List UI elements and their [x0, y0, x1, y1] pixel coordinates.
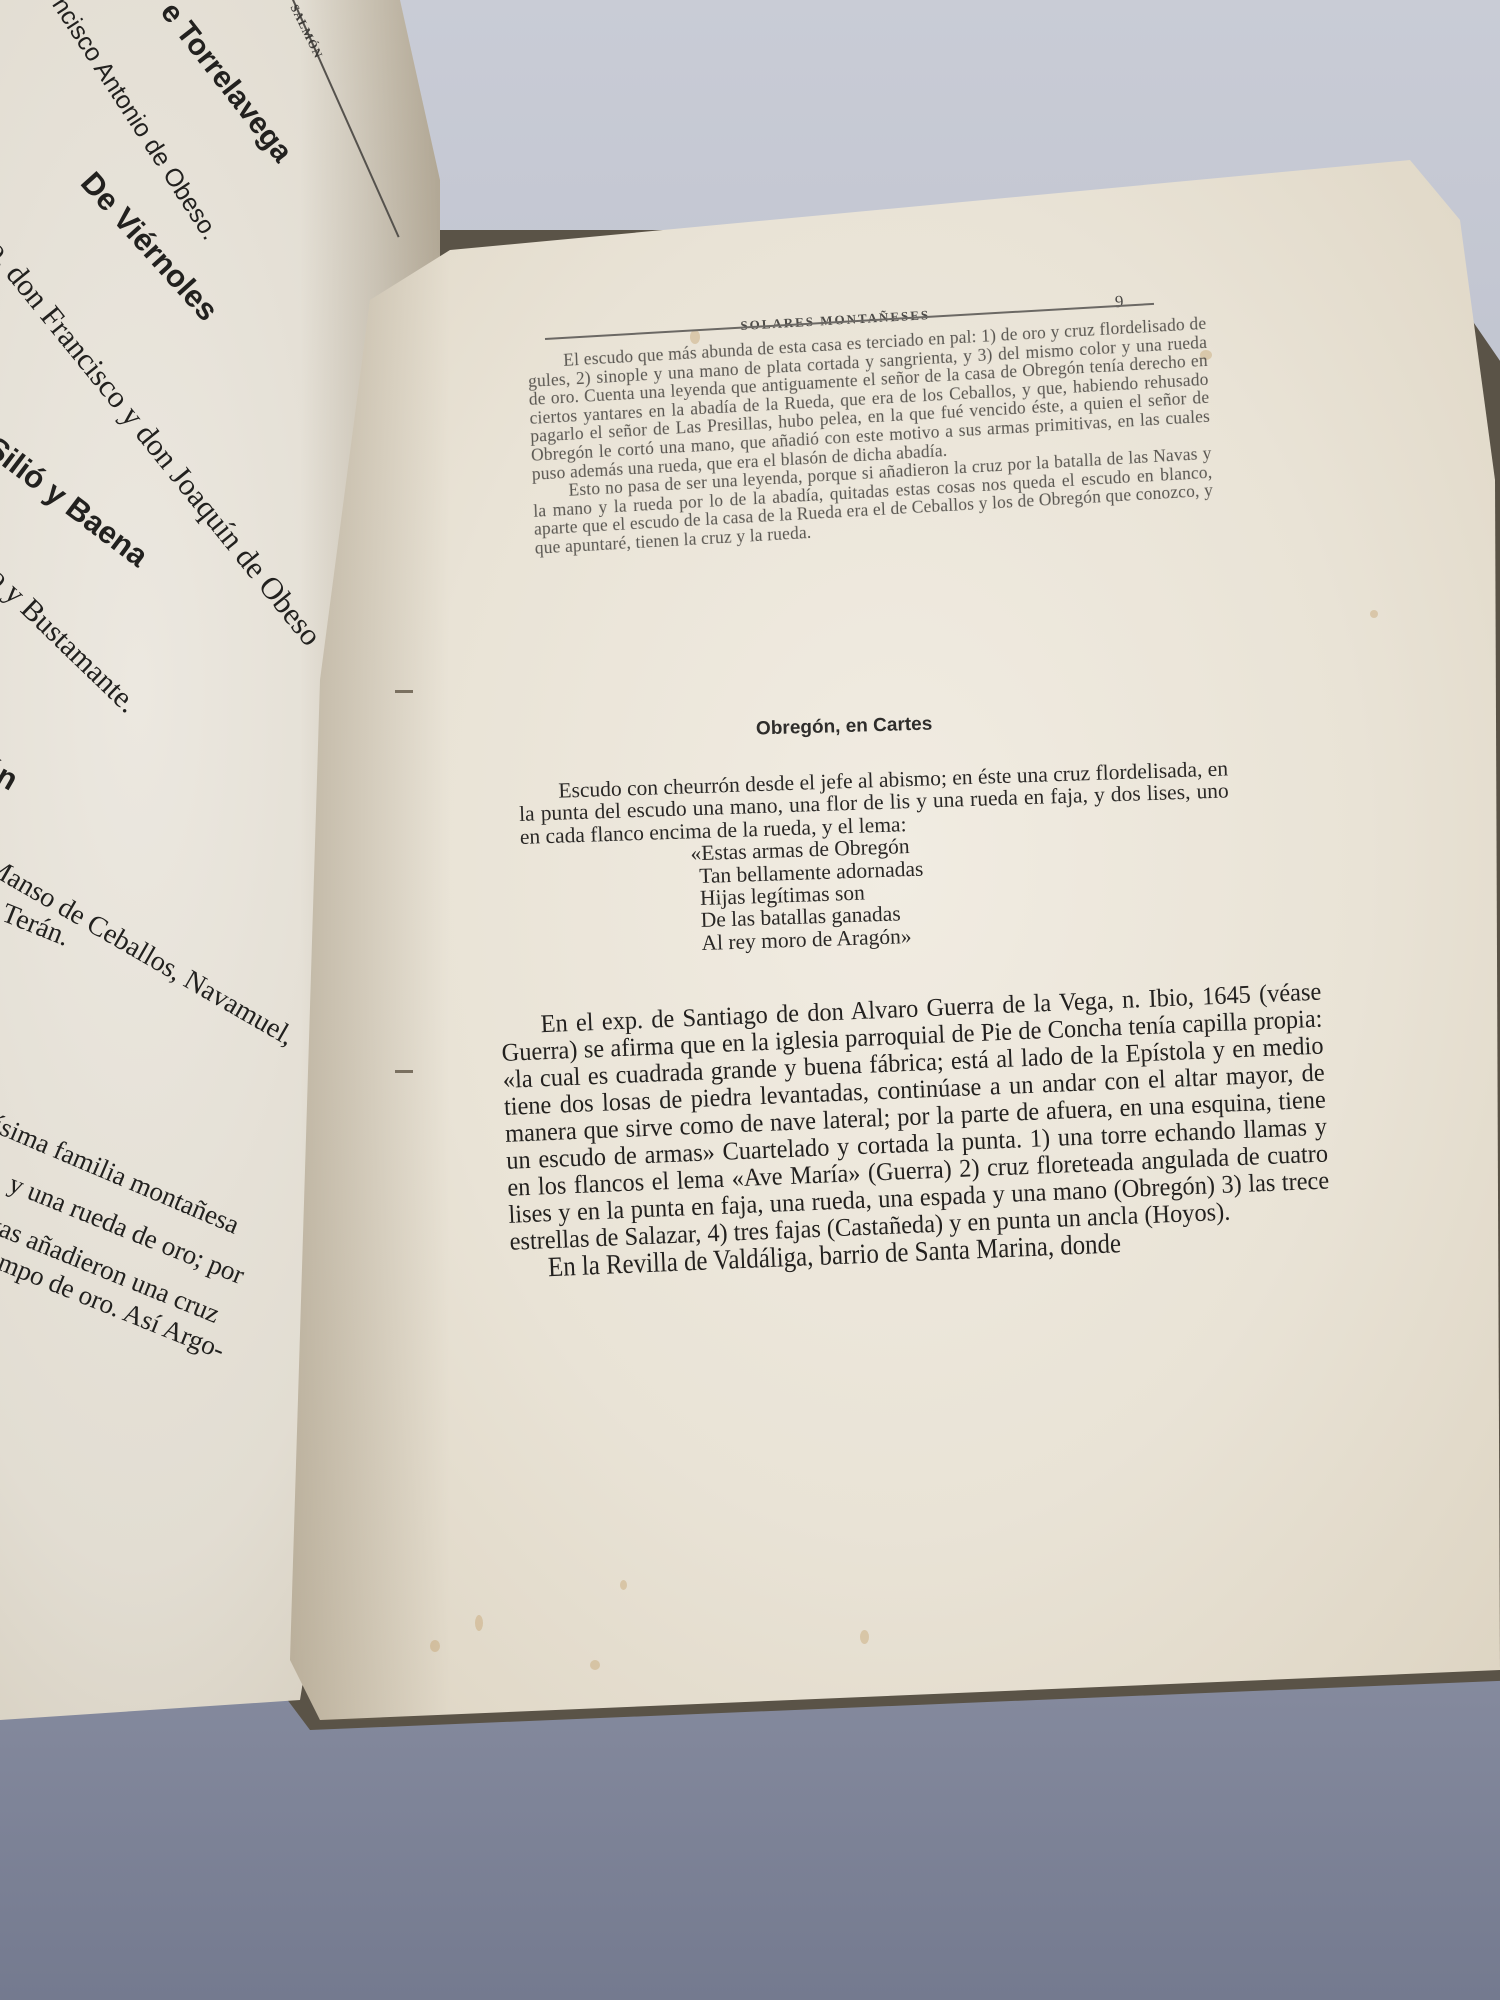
page-number: 9 [1114, 292, 1124, 312]
faded-text-block: El escudo que más abunda de esta casa es… [527, 314, 1214, 558]
main-text-block: Escudo con cheurrón desde el jefe al abi… [518, 757, 1234, 960]
foxing-stain [430, 1640, 440, 1652]
foxing-stain [590, 1660, 600, 1670]
foxing-stain [860, 1630, 869, 1644]
paragraph-expediente-santiago: En el exp. de Santiago de don Alvaro Gue… [500, 978, 1331, 1255]
foxing-stain [620, 1580, 627, 1590]
foxing-stain [475, 1615, 483, 1631]
lower-text-block: En el exp. de Santiago de don Alvaro Gue… [500, 978, 1332, 1283]
motto-verse: «Estas armas de Obregón Tan bellamente a… [698, 825, 1233, 955]
page-tear-mark [395, 690, 413, 693]
page-tear-mark [395, 1070, 413, 1073]
photo-scene: SALMÓN e Torrelavega ncisco Antonio de O… [0, 0, 1500, 2000]
foxing-stain [1370, 610, 1378, 618]
